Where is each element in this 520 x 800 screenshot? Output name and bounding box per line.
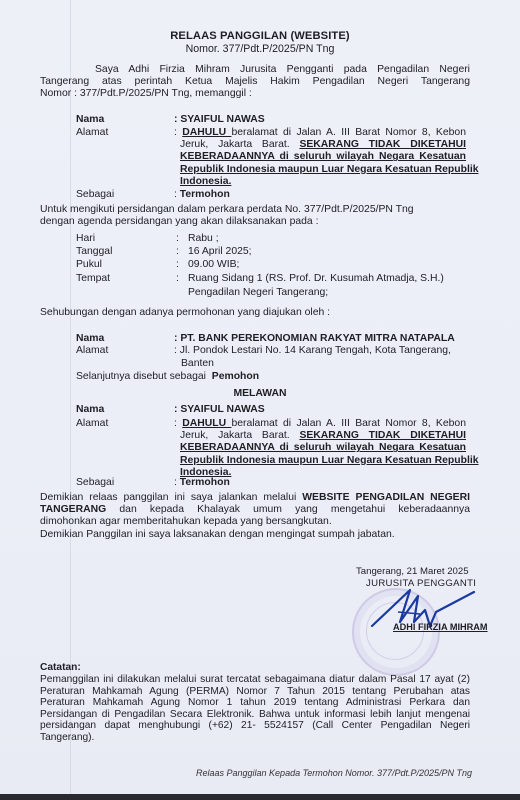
pemohon-alamat-line1: : Jl. Pondok Lestari No. 14 Karang Tenga… xyxy=(174,345,451,356)
closing-paragraph: Demikian relaas panggilan ini saya jalan… xyxy=(40,492,470,541)
document-number: Nomor. 377/Pdt.P/2025/PN Tng xyxy=(0,43,520,55)
catatan-body: Pemanggilan ini dilakukan melalui surat … xyxy=(40,674,470,744)
intro-line: Tangerang atas perintah Ketua Majelis Ha… xyxy=(40,76,470,88)
pukul-value: 09.00 WIB; xyxy=(188,259,239,270)
selanjutnya-text: Selanjutnya disebut sebagai Pemohon xyxy=(76,371,259,382)
tempat-label: Tempat xyxy=(76,273,110,284)
signature-place-date: Tangerang, 21 Maret 2025 xyxy=(356,566,469,577)
nama-value: : SYAIFUL NAWAS xyxy=(174,114,466,126)
pemohon-nama-value: : PT. BANK PEREKONOMIAN RAKYAT MITRA NAT… xyxy=(174,333,455,344)
alamat-value: : DAHULU beralamat di Jalan A. III Barat… xyxy=(174,127,466,188)
document-page: RELAAS PANGGILAN (WEBSITE) Nomor. 377/Pd… xyxy=(0,0,520,794)
alamat-label: Alamat xyxy=(76,127,108,138)
pemohon-alamat-line2: Banten xyxy=(181,358,214,369)
sebagai-label: Sebagai xyxy=(76,189,114,200)
tempat-value-2: Pengadilan Negeri Tangerang; xyxy=(188,287,328,298)
pukul-label: Pukul xyxy=(76,259,102,270)
alamat-label: Alamat xyxy=(76,418,108,429)
sebagai-value: : Termohon xyxy=(174,477,466,489)
nama-value: : SYAIFUL NAWAS xyxy=(174,404,466,416)
catatan-title: Catatan: xyxy=(40,662,81,673)
pemohon-nama-label: Nama xyxy=(76,333,104,344)
tempat-value: Ruang Sidang 1 (RS. Prof. Dr. Kusumah At… xyxy=(188,273,444,284)
petition-intro: Sehubungan dengan adanya permohonan yang… xyxy=(40,307,330,318)
alamat-value: : DAHULU beralamat di Jalan A. III Barat… xyxy=(174,418,466,479)
intro-line: Nomor : 377/Pdt.P/2025/PN Tng, memanggil… xyxy=(40,88,470,100)
page-footer: Relaas Panggilan Kepada Termohon Nomor. … xyxy=(196,768,472,778)
melawan-heading: MELAWAN xyxy=(0,388,520,399)
intro-paragraph: Saya Adhi Firzia Mihram Jurusita Penggan… xyxy=(40,64,470,101)
document-title: RELAAS PANGGILAN (WEBSITE) xyxy=(0,30,520,42)
sebagai-value: : Termohon xyxy=(174,189,466,201)
scan-bottom-edge xyxy=(0,794,520,800)
hari-value: Rabu ; xyxy=(188,233,219,244)
tanggal-label: Tanggal xyxy=(76,246,112,257)
nama-label: Nama xyxy=(76,114,104,125)
signature-name: ADHI FIRZIA MIHRAM xyxy=(393,622,488,632)
tanggal-value: 16 April 2025; xyxy=(188,246,252,257)
sebagai-label: Sebagai xyxy=(76,477,114,488)
hari-label: Hari xyxy=(76,233,95,244)
hearing-intro: Untuk mengikuti persidangan dalam perkar… xyxy=(40,204,470,228)
pemohon-alamat-label: Alamat xyxy=(76,345,108,356)
intro-line: Saya Adhi Firzia Mihram Jurusita Penggan… xyxy=(40,64,470,76)
nama-label: Nama xyxy=(76,404,104,415)
